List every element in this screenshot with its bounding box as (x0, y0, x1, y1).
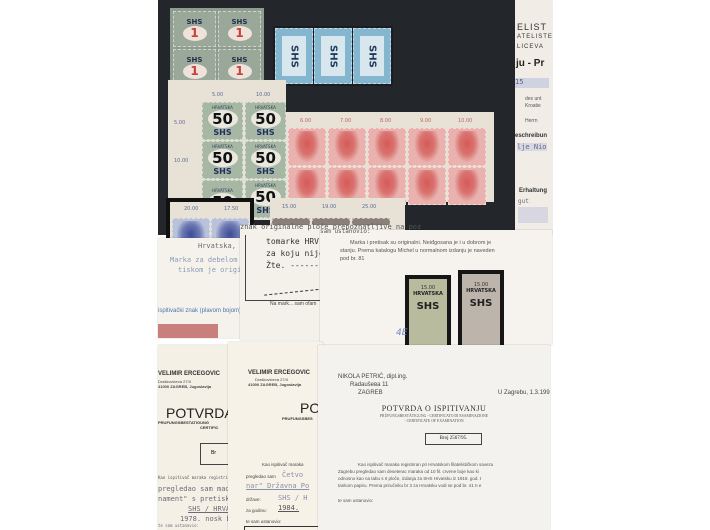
stamp: HRVATSKA50SHS (202, 102, 243, 140)
note-line: pod br. 81 (340, 256, 364, 262)
examiner-name: VELIMIR ERCEGOVIC (248, 370, 310, 376)
right-certificate: ELIST ATELISTE LICEVA ju - Pr 15 des unt… (515, 0, 552, 235)
stamp (408, 128, 446, 166)
stamp (408, 167, 446, 205)
number-label: Br (211, 450, 216, 456)
red-stamp-fragment (158, 324, 218, 338)
certificate-ercegovic-2: VELIMIR ERCEGOVIC Draškovićeva 27/II 410… (228, 342, 323, 530)
margin-number: 8.00 (380, 118, 391, 124)
note-line: tiskom je origina (178, 266, 250, 274)
margin-number: 9.00 (420, 118, 431, 124)
grey-overprint-stamp: 15.00 HRVATSKA SHS (462, 274, 500, 345)
certificate-petric: NIKOLA PETRIĆ, dipl.ing. Radaušева 11 ZA… (318, 345, 550, 530)
overprint-text: SHS (213, 128, 231, 137)
stamp-mount: 15.00 HRVATSKA SHS (458, 270, 504, 345)
stamp (368, 128, 406, 166)
header-line: LICEVA (517, 42, 552, 52)
stamp: SHS (275, 28, 313, 84)
body-line: Zagrebu pregledao sam deseterac maraka o… (338, 469, 479, 474)
cert-subtitle: - CERTIFICATE OF EXAMINATION (318, 419, 550, 423)
body-value: Četvo (282, 471, 303, 479)
stamp-value: 50 (208, 149, 238, 167)
stamp-label: HRVATSKA (466, 288, 496, 294)
overprint-text: SHS (187, 18, 203, 26)
certificate-ercegovic-1: VELIMIR ERCEGOVIC Draškovićeva 27/II 410… (158, 345, 238, 530)
result-box (244, 526, 323, 530)
text-line: Kroatie (525, 103, 541, 110)
overprint-text: SHS (360, 36, 384, 76)
title-fragment: ju - Pr (516, 58, 544, 69)
body-line: te sam ustanovio: (158, 523, 199, 528)
examiner-city: 41000 ZAGREB, Jugoslavija (248, 382, 301, 387)
stamp-thumbnail (518, 207, 548, 223)
body-value: nar" Državna Po (246, 482, 309, 490)
examiner-name: NIKOLA PETRIĆ, dipl.ing. (338, 374, 407, 380)
body-line: te sam ustanovio: (338, 498, 373, 503)
stamp-value: 1 (183, 64, 207, 79)
header-line: ATELISTE (517, 32, 552, 42)
postage-due-1-block: SHS1 SHS1 SHS1 SHS1 (170, 8, 264, 86)
note-line: stanju. Prema katalogu Michel u normalno… (340, 248, 495, 254)
margin-number: 10.00 (458, 118, 472, 124)
body-label: za godinu: (246, 508, 267, 513)
stamp (448, 128, 486, 166)
margin-number: 20.00 (184, 206, 198, 212)
body-value: 1984. (278, 504, 299, 512)
cert-subtitle: PRÜFUNGSBESTÄTIGUNG - CERTIFICATO DI ESA… (318, 414, 550, 418)
text-line: gut (518, 198, 529, 205)
margin-number: 5.00 (174, 120, 185, 126)
examiner-street: Radaušева 11 (350, 382, 388, 388)
red-stamp-block: 6.00 7.00 8.00 9.00 10.00 (286, 112, 494, 202)
stamp: HRVATSKA50SHS (245, 141, 286, 179)
body-value: SHS / H (278, 494, 308, 502)
body-line: Kao ispitivač maraka registriran (158, 475, 235, 480)
stamp-mount: 15.00 HRVATSKA SHS (405, 275, 451, 345)
stamp: SHS1 (173, 11, 216, 47)
text-line: eschreibun (515, 133, 547, 139)
overprint-text: SHS (256, 167, 274, 176)
overprint-text: SHS (470, 298, 493, 309)
overprint-text: SHS (321, 36, 345, 76)
text-line: Erhaltung (519, 188, 547, 194)
margin-number: 17.50 (224, 206, 238, 212)
margin-number: 10.00 (256, 92, 270, 98)
overprint-text: SHS (187, 56, 203, 64)
margin-number: 19.00 (322, 204, 336, 210)
stamp (328, 128, 366, 166)
cert-title: POTVRDA O ISPITIVANJU (318, 404, 550, 413)
text-line: des unt (525, 96, 541, 103)
margin-number: 15.00 (282, 204, 296, 210)
body-line: nament" s pretisk (158, 495, 230, 503)
overprint-text: SHS (256, 128, 274, 137)
body-line: odnosno kao na tabu s II ploče, izdanja … (338, 476, 481, 481)
note-line: sam ustanovio: (320, 228, 371, 235)
body-line: pregledao sam madjarska m (158, 485, 238, 493)
body-line: te sam ustanovio: (246, 519, 281, 524)
stamp (288, 128, 326, 166)
overprint-text: SHS (232, 18, 248, 26)
stamp-value: 50 (251, 110, 281, 128)
cert-date: U Zagrebu, 1.3.199 (498, 390, 550, 396)
cert-title: POTVRDA (166, 405, 234, 421)
stamp: HRVATSKA50SHS (202, 141, 243, 179)
body-line: Kao ispitivač maraka registriran pri Hrv… (358, 462, 493, 467)
stamp: SHS (314, 28, 352, 84)
stamp: SHS1 (218, 11, 261, 47)
overprint-text: SHS (213, 167, 231, 176)
blue-stamp-strip: SHS SHS SHS (273, 26, 393, 86)
note-line: tomarke HRV. (266, 237, 324, 246)
stamp-label: HRVATSKA (413, 291, 443, 297)
text-line: lje Nio (517, 143, 547, 151)
stamp-value: 50 (208, 110, 238, 128)
body-line: Kao ispitivač maraka (262, 462, 304, 467)
cert-number: 15 (515, 78, 549, 88)
mark-caption: ispitivački znak (plavom bojom) (158, 308, 241, 314)
examiner-name: VELIMIR ERCEGOVIC (158, 371, 220, 377)
green-overprint-stamp: 15.00 HRVATSKA SHS (409, 279, 447, 345)
header-line: ELIST (517, 22, 552, 32)
cert-subtitle: PRUFUNGSBES (282, 416, 313, 421)
body-label: pregledao sam (246, 474, 276, 479)
handwritten-mark: 4E (396, 328, 407, 338)
stamp-value: 50 (251, 149, 281, 167)
note-line: Marka i pretisak su originalni. Neiđgosa… (350, 240, 491, 246)
margin-number: 6.00 (300, 118, 311, 124)
michel-certificate: sam ustanovio: Marka i pretisak su origi… (320, 230, 552, 345)
margin-number: 25.00 (362, 204, 376, 210)
margin-number: 5.00 (212, 92, 223, 98)
stamp-value: 1 (228, 64, 252, 79)
examiner-city: 41000 ZAGREB, Jugoslavija (158, 384, 211, 389)
examiner-city: ZAGREB (358, 390, 383, 396)
cert-subtitle: CERTIFIC (200, 425, 218, 430)
overprint-text: SHS (417, 301, 440, 312)
stamp-value: 1 (228, 26, 252, 41)
note-line: za koju nije (266, 249, 324, 258)
stamp: SHS (353, 28, 391, 84)
margin-number: 10.00 (174, 158, 188, 164)
body-label: države: (246, 497, 261, 502)
overprint-text: SHS (282, 36, 306, 76)
body-line: tankom papiru. Prema priručniku br 3 za … (338, 483, 481, 488)
cert-number: Broj 2567/95. (425, 433, 482, 445)
margin-number: 7.00 (340, 118, 351, 124)
stamp: HRVATSKA50SHS (245, 102, 286, 140)
note-footer: Na mark... sam ofam (270, 301, 316, 307)
overprint-text: SHS (232, 56, 248, 64)
note-line: Marka za debelom (170, 256, 237, 264)
text-line: Herrn (525, 118, 538, 124)
stamp (448, 167, 486, 205)
stamp-value: 1 (183, 26, 207, 41)
body-line: 1978. nosk br (180, 515, 235, 523)
